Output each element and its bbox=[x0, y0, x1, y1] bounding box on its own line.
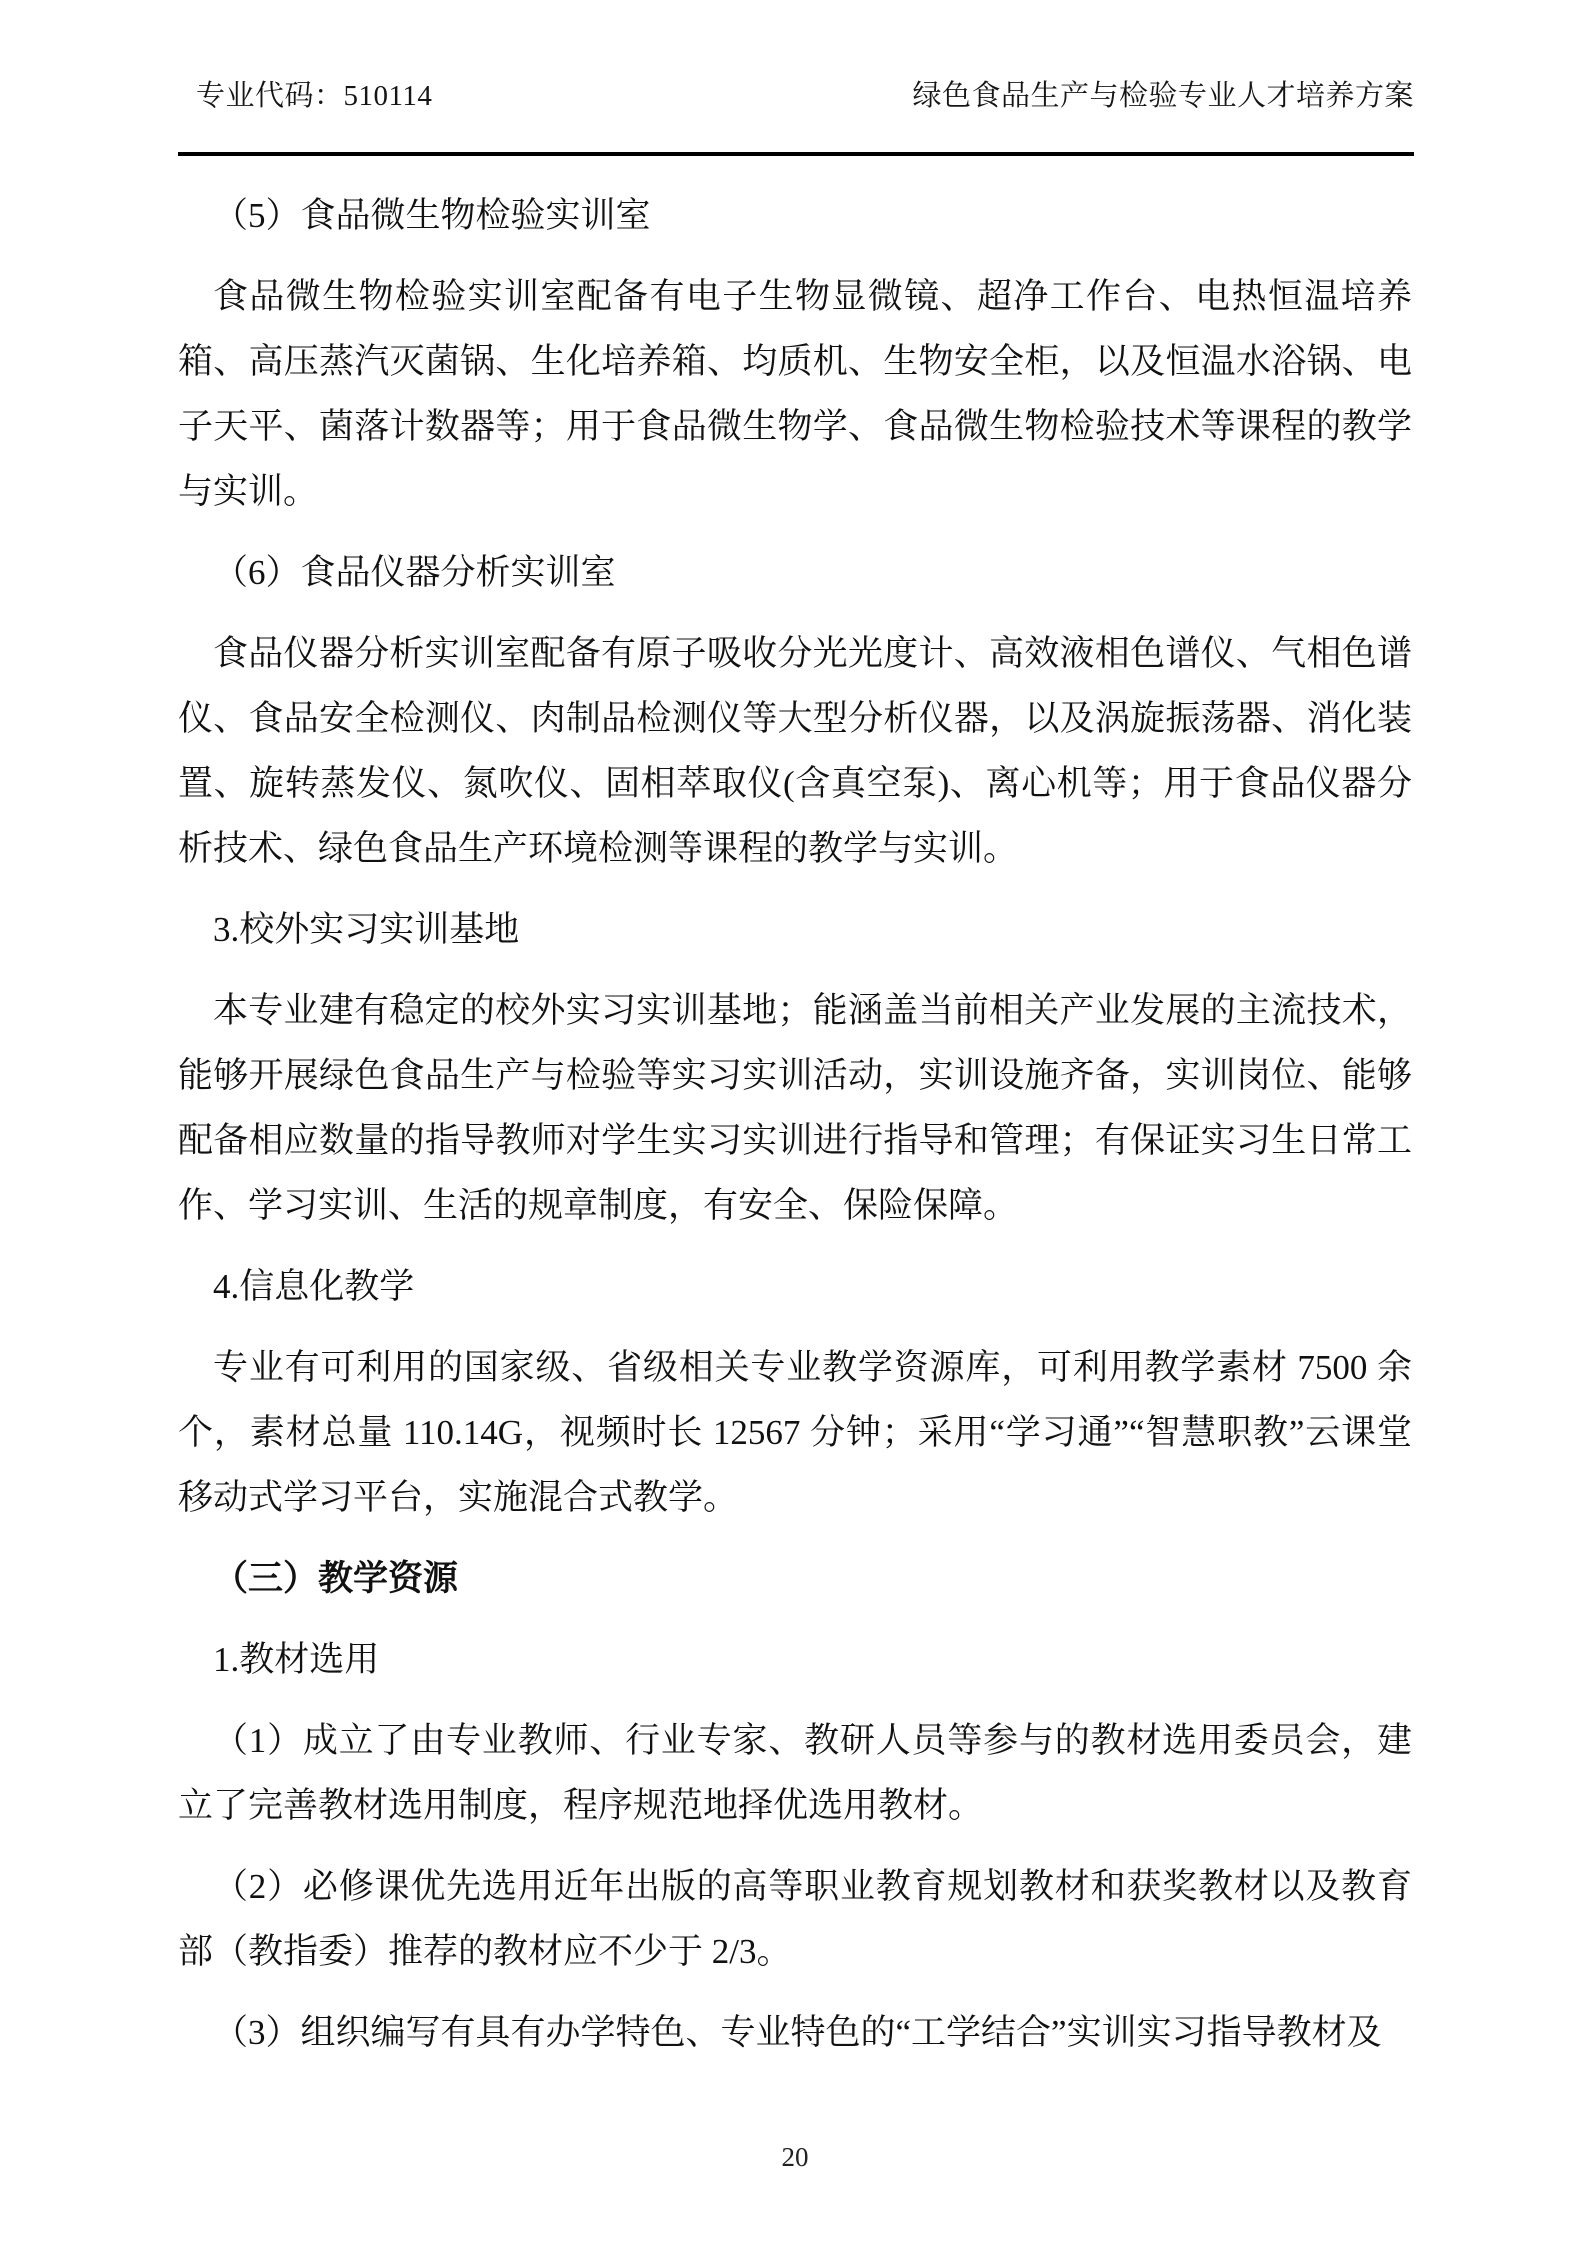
paragraph-offcampus-bases: 本专业建有稳定的校外实习实训基地；能涵盖当前相关产业发展的主流技术，能够开展绿色… bbox=[178, 978, 1412, 1238]
paragraph-micro-lab-equipment: 食品微生物检验实训室配备有电子生物显微镜、超净工作台、电热恒温培养箱、高压蒸汽灭… bbox=[178, 264, 1412, 524]
paragraph-textbook-committee: （1）成立了由专业教师、行业专家、教研人员等参与的教材选用委员会，建立了完善教材… bbox=[178, 1708, 1412, 1838]
document-body: （5）食品微生物检验实训室 食品微生物检验实训室配备有电子生物显微镜、超净工作台… bbox=[178, 167, 1412, 2081]
page-number: 20 bbox=[782, 2142, 809, 2172]
section-heading-1-textbook-choice: 1.教材选用 bbox=[178, 1627, 1412, 1692]
page-header: 专业代码：510114 绿色食品生产与检验专业人才培养方案 bbox=[178, 76, 1414, 116]
paragraph-informatization-teaching: 专业有可利用的国家级、省级相关专业教学资源库，可利用教学素材 7500 余个，素… bbox=[178, 1335, 1412, 1530]
page-footer: 20 bbox=[178, 2140, 1412, 2174]
paragraph-textbook-required-ratio: （2）必修课优先选用近年出版的高等职业教育规划教材和获奖教材以及教育部（教指委）… bbox=[178, 1854, 1412, 1984]
section-heading-6-instrument-lab: （6）食品仪器分析实训室 bbox=[178, 540, 1412, 605]
section-heading-teaching-resources: （三）教学资源 bbox=[178, 1546, 1412, 1611]
section-heading-4-informatization: 4.信息化教学 bbox=[178, 1254, 1412, 1319]
paragraph-textbook-compilation: （3）组织编写有具有办学特色、专业特色的“工学结合”实训实习指导教材及 bbox=[178, 2000, 1412, 2065]
header-divider-rule bbox=[178, 152, 1414, 156]
section-heading-5-micro-lab: （5）食品微生物检验实训室 bbox=[178, 183, 1412, 248]
document-page: 专业代码：510114 绿色食品生产与检验专业人才培养方案 （5）食品微生物检验… bbox=[0, 0, 1588, 2245]
section-heading-3-offcampus-bases: 3.校外实习实训基地 bbox=[178, 897, 1412, 962]
header-document-title: 绿色食品生产与检验专业人才培养方案 bbox=[912, 76, 1414, 116]
paragraph-instrument-lab-equipment: 食品仪器分析实训室配备有原子吸收分光光度计、高效液相色谱仪、气相色谱仪、食品安全… bbox=[178, 621, 1412, 881]
header-major-code: 专业代码：510114 bbox=[196, 76, 432, 116]
